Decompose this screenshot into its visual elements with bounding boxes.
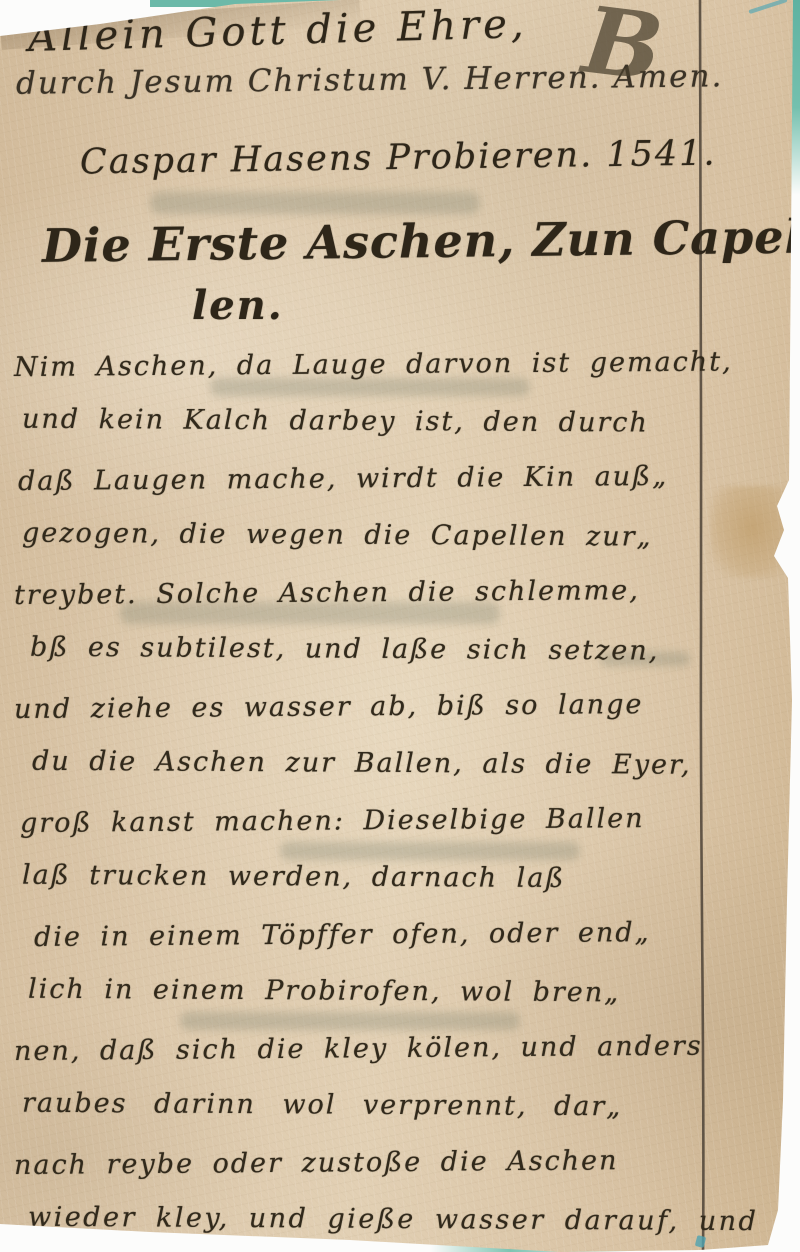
text-line: Nim Aschen, da Lauge darvon ist gemacht,	[14, 333, 784, 396]
manuscript-page: Allein Gott die Ehre, durch Jesum Christ…	[0, 0, 800, 1252]
scanned-manuscript: Allein Gott die Ehre, durch Jesum Christ…	[0, 0, 800, 1252]
text-line: und kein Kalch darbey ist, den durch	[22, 391, 784, 453]
text-line: treybet. Solche Aschen die schlemme,	[14, 561, 784, 624]
section-heading-line-2: len.	[192, 282, 284, 329]
text-line: und ziehe es wasser ab, biß so lange	[14, 675, 784, 738]
text-line: nach reybe oder zustoße die Aschen	[14, 1131, 784, 1194]
text-line: die in einem Töpffer ofen, oder end„	[34, 903, 784, 966]
text-line: nen, daß sich die kley kölen, und anders	[14, 1017, 784, 1080]
text-line: laß trucken werden, darnach laß	[22, 847, 784, 909]
text-line: lich in einem Probirofen, wol bren„	[28, 961, 784, 1023]
body-text: Nim Aschen, da Lauge darvon ist gemacht,…	[14, 336, 784, 1248]
text-line: groß kanst machen: Dieselbige Ballen	[20, 789, 784, 852]
text-line: raubes darinn wol verprennt, dar„	[22, 1075, 784, 1137]
ink-bleedthrough	[150, 192, 480, 214]
text-line: du die Aschen zur Ballen, als die Eyer,	[32, 733, 784, 795]
monogram-letter-b: B	[578, 0, 668, 102]
text-line: daß Laugen mache, wirdt die Kin auß„	[18, 447, 784, 510]
text-line: bß es subtilest, und laße sich setzen,	[30, 619, 784, 681]
text-line: wieder kley, und gieße wasser darauf, un…	[28, 1189, 784, 1251]
section-heading-line-1: Die Erste Aschen, Zun Capel„	[42, 209, 800, 273]
text-line: gezogen, die wegen die Capellen zur„	[22, 505, 784, 567]
